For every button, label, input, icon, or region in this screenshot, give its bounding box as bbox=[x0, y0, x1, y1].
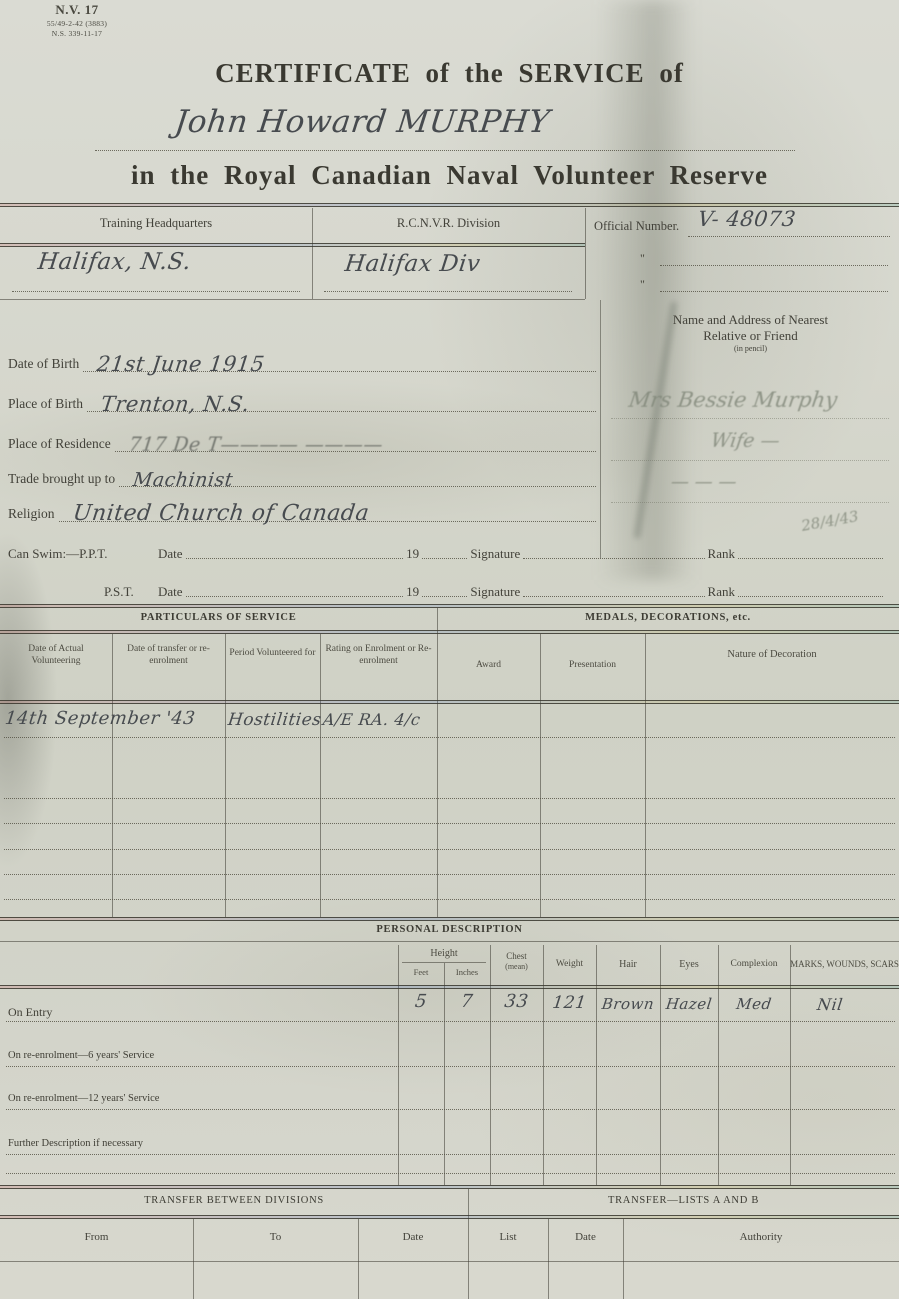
residence-value: 717 De T———— ———— bbox=[127, 434, 384, 456]
further-description-label: Further Description if necessary bbox=[8, 1138, 143, 1149]
religion-row: Religion United Church of Canada bbox=[8, 492, 596, 522]
complexion-label: Complexion bbox=[718, 959, 790, 971]
eyes-label: Eyes bbox=[660, 959, 718, 972]
religion-line: United Church of Canada bbox=[59, 521, 597, 522]
rule bbox=[0, 1185, 899, 1189]
ditto-mark: " bbox=[640, 277, 645, 292]
col-rating-enrolment: Rating on Enrolment or Re-enrolment bbox=[324, 644, 433, 668]
rule bbox=[0, 630, 899, 634]
relative-relation-pencil: Wife — bbox=[709, 430, 781, 452]
entry-weight: 121 bbox=[542, 993, 597, 1013]
authority-label: Authority bbox=[623, 1231, 899, 1243]
rule bbox=[0, 243, 585, 247]
trade-row: Trade brought up to Machinist bbox=[8, 457, 596, 487]
rule bbox=[0, 299, 585, 300]
place-of-birth-row: Place of Birth Trenton, N.S. bbox=[8, 382, 596, 412]
rule bbox=[0, 917, 899, 921]
residence-row: Place of Residence 717 De T———— ———— bbox=[8, 422, 596, 452]
header-table: Training Headquarters R.C.N.V.R. Divisio… bbox=[0, 203, 899, 300]
column-divider bbox=[660, 945, 661, 1185]
chest-label: Chest bbox=[490, 951, 543, 962]
form-code-line3: N.S. 339-11-17 bbox=[22, 29, 132, 38]
column-divider bbox=[596, 945, 597, 1185]
date-of-birth-row: Date of Birth 21st June 1915 bbox=[8, 342, 596, 372]
rank-label: Rank bbox=[708, 584, 735, 600]
dotted-fill bbox=[422, 596, 467, 597]
date-label: Date bbox=[158, 546, 183, 562]
document-title: CERTIFICATE of the SERVICE of bbox=[0, 58, 899, 89]
medals-title: MEDALS, DECORATIONS, etc. bbox=[437, 612, 899, 623]
official-number-label: Official Number. bbox=[594, 219, 704, 234]
table-divider bbox=[468, 1189, 469, 1299]
entry-date-value: 14th September '43 bbox=[4, 708, 197, 729]
entry-period-value: Hostilities bbox=[227, 710, 323, 730]
relative-box-title-line2: Relative or Friend bbox=[601, 328, 899, 344]
pst-label: P.S.T. bbox=[8, 584, 158, 600]
residence-line: 717 De T———— ———— bbox=[115, 451, 596, 452]
row-line bbox=[6, 1173, 895, 1174]
list-label: List bbox=[468, 1231, 548, 1243]
date-label: Date bbox=[158, 584, 183, 600]
dob-value: 21st June 1915 bbox=[96, 352, 267, 376]
row-line bbox=[4, 874, 895, 875]
rank-label: Rank bbox=[708, 546, 735, 562]
entry-eyes: Hazel bbox=[659, 995, 719, 1013]
relative-address-pencil: — — — bbox=[670, 472, 738, 493]
rule bbox=[0, 1215, 899, 1219]
year-prefix: 19 bbox=[406, 584, 419, 600]
re-enrolment-6-label: On re-enrolment—6 years' Service bbox=[8, 1050, 154, 1061]
service-member-name: John Howard MURPHY bbox=[173, 104, 552, 140]
form-number: N.V. 17 bbox=[22, 2, 132, 18]
residence-label: Place of Residence bbox=[8, 436, 111, 452]
personal-description-table: PERSONAL DESCRIPTION Height Feet Inches … bbox=[0, 917, 899, 1185]
weight-label: Weight bbox=[543, 959, 596, 971]
value-line bbox=[660, 291, 888, 292]
signature-label: Signature bbox=[470, 584, 520, 600]
can-swim-label: Can Swim:—P.P.T. bbox=[8, 546, 158, 562]
trade-value: Machinist bbox=[132, 469, 235, 491]
religion-label: Religion bbox=[8, 506, 55, 522]
particulars-title: PARTICULARS OF SERVICE bbox=[0, 612, 437, 623]
hair-label: Hair bbox=[596, 959, 660, 972]
division-value: Halifax Div bbox=[343, 251, 481, 277]
column-divider bbox=[490, 945, 491, 1185]
relative-box-title-line1: Name and Address of Nearest bbox=[601, 312, 899, 328]
dotted-fill bbox=[738, 558, 883, 559]
transfer-divisions-title: TRANSFER BETWEEN DIVISIONS bbox=[0, 1195, 468, 1206]
official-number-value: V- 48073 bbox=[697, 207, 798, 231]
name-underline bbox=[95, 150, 795, 151]
training-hq-label: Training Headquarters bbox=[0, 216, 312, 231]
dob-line: 21st June 1915 bbox=[83, 371, 596, 372]
nearest-relative-box: Name and Address of Nearest Relative or … bbox=[600, 300, 899, 558]
dotted-fill bbox=[422, 558, 467, 559]
form-codes: N.V. 17 55/49-2-42 (3883) N.S. 339-11-17 bbox=[22, 2, 132, 38]
entry-chest: 33 bbox=[489, 991, 545, 1012]
row-line bbox=[4, 737, 895, 738]
trade-label: Trade brought up to bbox=[8, 471, 115, 487]
signature-label: Signature bbox=[470, 546, 520, 562]
entry-hair: Brown bbox=[595, 995, 661, 1013]
row-line bbox=[4, 899, 895, 900]
swim-ppt-row: Can Swim:—P.P.T. Date 19 Signature Rank bbox=[8, 538, 886, 562]
column-divider bbox=[585, 208, 586, 299]
transfer-date-label: Date bbox=[358, 1231, 468, 1243]
pencil-date: 28/4/43 bbox=[800, 507, 860, 535]
value-line bbox=[12, 291, 300, 292]
column-divider bbox=[790, 945, 791, 1185]
swim-pst-row: P.S.T. Date 19 Signature Rank bbox=[8, 576, 886, 600]
col-award: Award bbox=[441, 660, 536, 672]
entry-inches: 7 bbox=[443, 991, 492, 1012]
row-line bbox=[4, 849, 895, 850]
marks-wounds-scars-label: MARKS, WOUNDS, SCARS bbox=[790, 959, 899, 970]
list-date-label: Date bbox=[548, 1231, 623, 1243]
column-divider bbox=[718, 945, 719, 1185]
dotted-fill bbox=[523, 596, 704, 597]
rule bbox=[0, 700, 899, 704]
division-label: R.C.N.V.R. Division bbox=[312, 216, 585, 231]
col-presentation: Presentation bbox=[544, 660, 641, 672]
col-period-volunteered: Period Volunteered for bbox=[229, 648, 316, 660]
to-label: To bbox=[193, 1231, 358, 1243]
rule bbox=[0, 941, 899, 942]
rule bbox=[0, 604, 899, 608]
dotted-fill bbox=[523, 558, 704, 559]
col-date-volunteering: Date of Actual Volunteering bbox=[4, 644, 108, 668]
pencil-line bbox=[611, 502, 889, 503]
row-line bbox=[4, 823, 895, 824]
row-line bbox=[6, 1021, 895, 1022]
relative-name-pencil: Mrs Bessie Murphy bbox=[627, 388, 838, 412]
from-label: From bbox=[0, 1231, 193, 1243]
column-divider bbox=[398, 945, 399, 1185]
year-prefix: 19 bbox=[406, 546, 419, 562]
table-divider bbox=[437, 608, 438, 917]
chest-mean-label: (mean) bbox=[490, 962, 543, 972]
transfer-lists-title: TRANSFER—LISTS A AND B bbox=[468, 1195, 899, 1206]
dotted-fill bbox=[186, 558, 404, 559]
row-line bbox=[4, 798, 895, 799]
particulars-of-service-table: PARTICULARS OF SERVICE MEDALS, DECORATIO… bbox=[0, 604, 899, 917]
height-brace bbox=[402, 962, 486, 963]
dob-label: Date of Birth bbox=[8, 356, 79, 372]
pob-value: Trenton, N.S. bbox=[100, 392, 251, 416]
official-number-line bbox=[688, 236, 890, 237]
document-subtitle: in the Royal Canadian Naval Volunteer Re… bbox=[0, 160, 899, 191]
pencil-line bbox=[611, 460, 889, 461]
feet-label: Feet bbox=[398, 967, 444, 978]
rule bbox=[0, 1261, 899, 1262]
col-nature-of-decoration: Nature of Decoration bbox=[649, 648, 895, 661]
transfer-tables: TRANSFER BETWEEN DIVISIONS TRANSFER—LIST… bbox=[0, 1185, 899, 1299]
trade-line: Machinist bbox=[119, 486, 596, 487]
inches-label: Inches bbox=[444, 967, 490, 978]
religion-value: United Church of Canada bbox=[71, 501, 370, 526]
on-entry-label: On Entry bbox=[8, 1005, 52, 1020]
value-line bbox=[324, 291, 572, 292]
re-enrolment-12-label: On re-enrolment—12 years' Service bbox=[8, 1093, 159, 1104]
pob-line: Trenton, N.S. bbox=[87, 411, 596, 412]
dotted-fill bbox=[738, 596, 883, 597]
col-date-transfer: Date of transfer or re-enrolment bbox=[116, 644, 221, 668]
rule bbox=[0, 985, 899, 989]
ditto-mark: " bbox=[640, 251, 645, 266]
pob-label: Place of Birth bbox=[8, 396, 83, 412]
dotted-fill bbox=[186, 596, 404, 597]
height-label: Height bbox=[398, 948, 490, 961]
entry-feet: 5 bbox=[397, 991, 446, 1012]
pencil-line bbox=[611, 418, 889, 419]
row-line bbox=[6, 1066, 895, 1067]
column-divider bbox=[543, 945, 544, 1185]
training-hq-value: Halifax, N.S. bbox=[36, 249, 192, 275]
entry-rating-value: A/E RA. 4/c bbox=[322, 710, 422, 729]
value-line bbox=[660, 265, 888, 266]
relative-box-subtitle: (in pencil) bbox=[601, 344, 899, 353]
entry-complexion: Med bbox=[717, 995, 791, 1013]
personal-description-title: PERSONAL DESCRIPTION bbox=[0, 924, 899, 935]
certificate-document: N.V. 17 55/49-2-42 (3883) N.S. 339-11-17… bbox=[0, 0, 899, 1299]
entry-marks: Nil bbox=[789, 995, 871, 1014]
row-line bbox=[6, 1154, 895, 1155]
form-code-line2: 55/49-2-42 (3883) bbox=[22, 19, 132, 28]
row-line bbox=[6, 1109, 895, 1110]
